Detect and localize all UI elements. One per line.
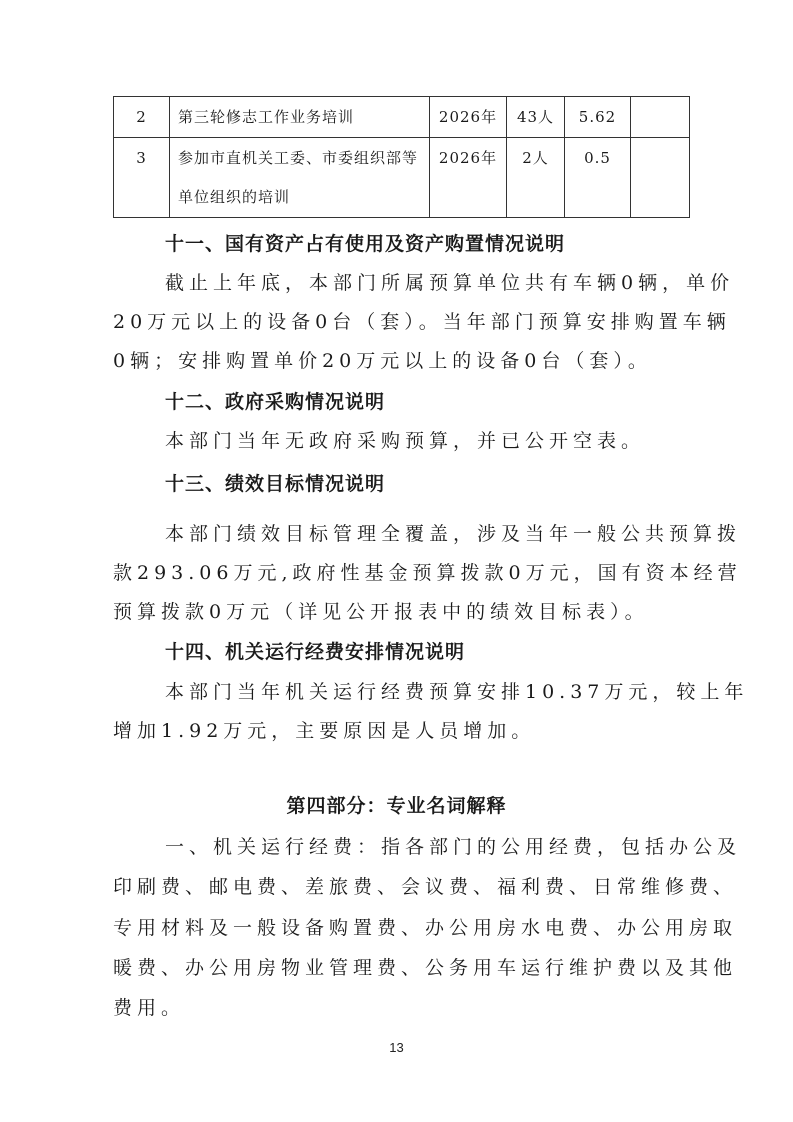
paragraph-line: 款293.06万元,政府性基金预算拨款0万元，国有资本经营 xyxy=(113,562,673,584)
paragraph-line: 截止上年底，本部门所属预算单位共有车辆0辆，单价 xyxy=(165,272,725,294)
section-heading-13: 十三、绩效目标情况说明 xyxy=(165,473,385,495)
paragraph-line: 本部门当年无政府采购预算，并已公开空表。 xyxy=(165,430,725,452)
cell-no: 2 xyxy=(114,97,170,138)
paragraph-line: 专用材料及一般设备购置费、办公用房水电费、办公用房取 xyxy=(113,917,673,939)
cell-year: 2026年 xyxy=(430,97,507,138)
section-heading-12: 十二、政府采购情况说明 xyxy=(165,391,385,413)
paragraph-line: 费用。 xyxy=(113,997,673,1019)
cell-name: 参加市直机关工委、市委组织部等 单位组织的培训 xyxy=(170,138,430,218)
paragraph-line: 一、机关运行经费：指各部门的公用经费，包括办公及 xyxy=(165,836,725,858)
cell-year: 2026年 xyxy=(430,138,507,218)
paragraph-line: 20万元以上的设备0台（套）。当年部门预算安排购置车辆 xyxy=(113,311,673,333)
paragraph-line: 本部门绩效目标管理全覆盖，涉及当年一般公共预算拨 xyxy=(165,523,725,545)
table-row: 2 第三轮修志工作业务培训 2026年 43人 5.62 xyxy=(114,97,690,138)
cell-amount: 5.62 xyxy=(565,97,631,138)
paragraph-line: 暖费、办公用房物业管理费、公务用车运行维护费以及其他 xyxy=(113,957,673,979)
cell-amount: 0.5 xyxy=(565,138,631,218)
training-table: 2 第三轮修志工作业务培训 2026年 43人 5.62 3 参加市直机关工委、… xyxy=(113,96,690,218)
part-title: 第四部分：专业名词解释 xyxy=(0,795,793,817)
paragraph-line: 本部门当年机关运行经费预算安排10.37万元，较上年 xyxy=(165,681,725,703)
cell-no: 3 xyxy=(114,138,170,218)
section-heading-11: 十一、国有资产占有使用及资产购置情况说明 xyxy=(165,233,565,255)
cell-note xyxy=(631,138,690,218)
document-page: 2 第三轮修志工作业务培训 2026年 43人 5.62 3 参加市直机关工委、… xyxy=(0,0,793,1122)
cell-note xyxy=(631,97,690,138)
page-number: 13 xyxy=(0,1040,793,1055)
cell-name: 第三轮修志工作业务培训 xyxy=(170,97,430,138)
cell-people: 2人 xyxy=(507,138,565,218)
paragraph-line: 0辆；安排购置单价20万元以上的设备0台（套）。 xyxy=(113,350,673,372)
cell-people: 43人 xyxy=(507,97,565,138)
section-heading-14: 十四、机关运行经费安排情况说明 xyxy=(165,641,465,663)
paragraph-line: 增加1.92万元，主要原因是人员增加。 xyxy=(113,720,673,742)
table-row: 3 参加市直机关工委、市委组织部等 单位组织的培训 2026年 2人 0.5 xyxy=(114,138,690,218)
paragraph-line: 印刷费、邮电费、差旅费、会议费、福利费、日常维修费、 xyxy=(113,876,673,898)
paragraph-line: 预算拨款0万元（详见公开报表中的绩效目标表）。 xyxy=(113,601,673,623)
